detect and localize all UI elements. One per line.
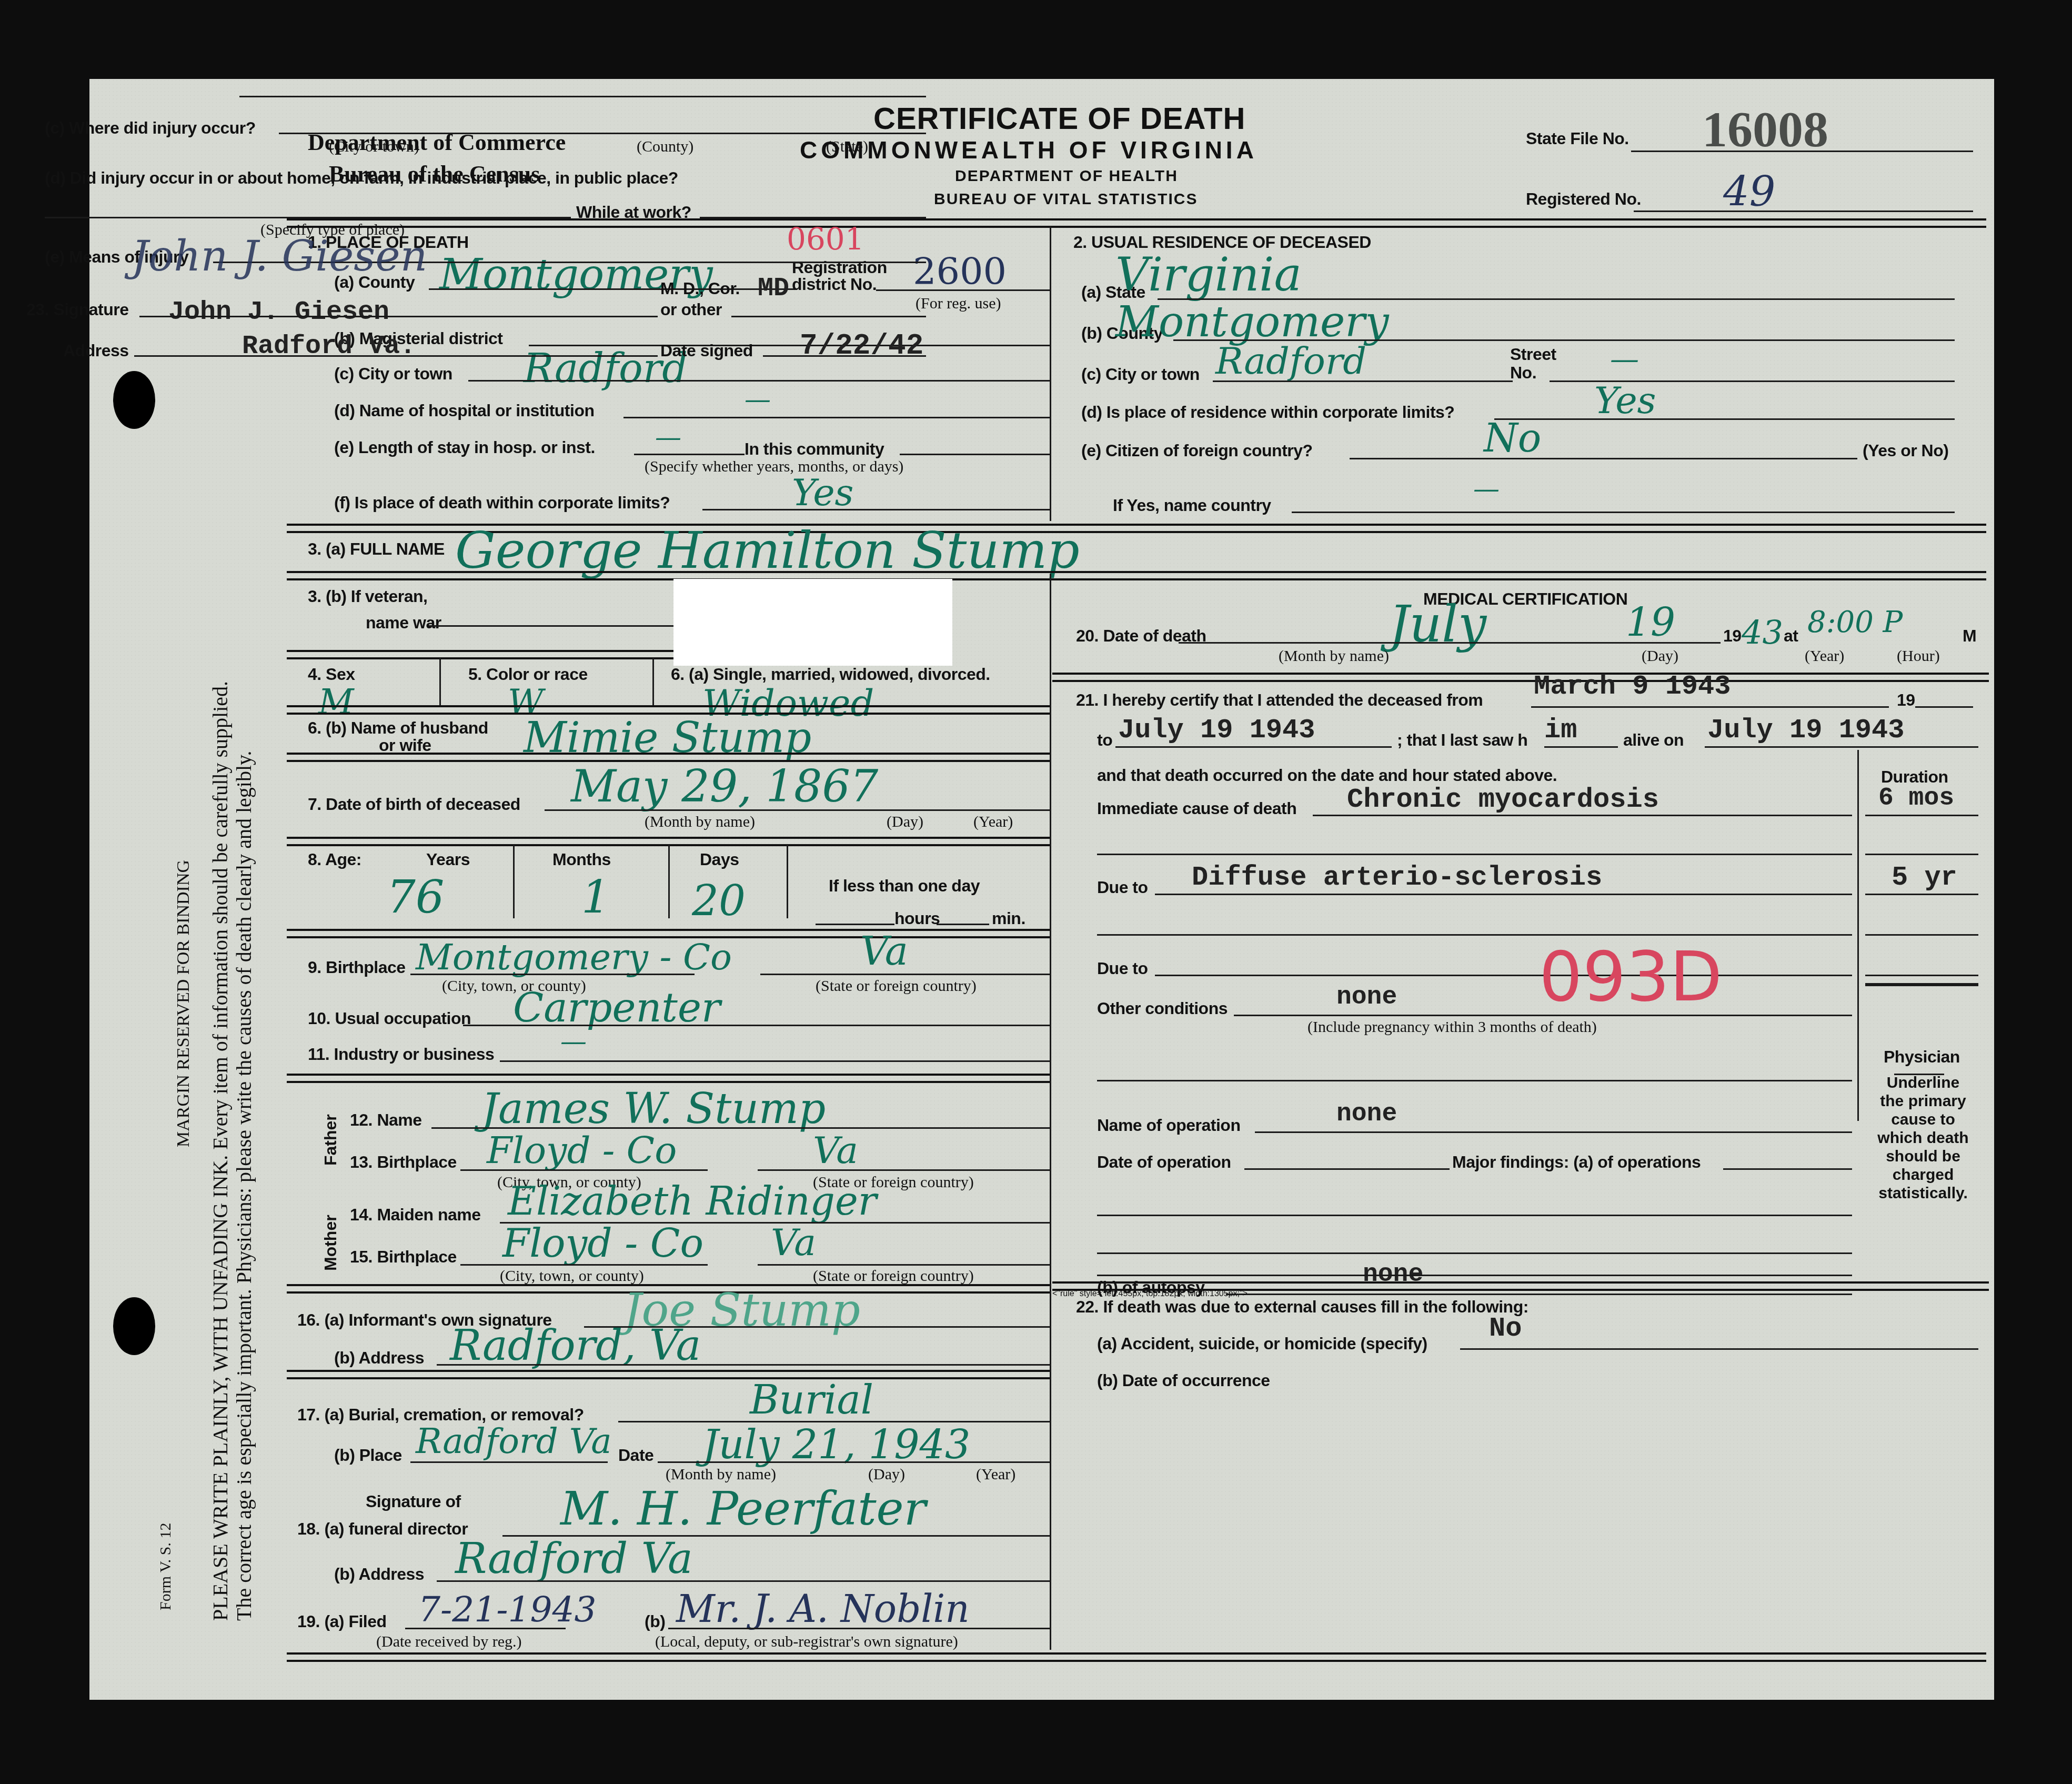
burial-method-value[interactable]: Burial: [750, 1376, 873, 1423]
due-to-1-value[interactable]: Diffuse arterio-sclerosis: [1192, 862, 1602, 893]
due-to-label-1: Due to: [1097, 878, 1148, 897]
country-label: If Yes, name country: [1113, 496, 1271, 515]
external-heading: 22. If death was due to external causes …: [1076, 1297, 1528, 1317]
burial-date-label: Date: [618, 1446, 653, 1465]
cause-code-stamp: 093D: [1539, 937, 1722, 1017]
where-label: (c) Where did injury occur?: [45, 118, 256, 138]
operation-value[interactable]: none: [1336, 1100, 1397, 1128]
due-to-1-duration[interactable]: 5 yr: [1892, 862, 1957, 893]
funeral-director-label: 18. (a) funeral director: [297, 1519, 468, 1539]
instructions-line-2: The correct age is especially important.…: [232, 751, 256, 1621]
funeral-sig-label: Signature of: [366, 1492, 461, 1511]
physician-note-line: which death: [1857, 1129, 1989, 1147]
physician-note-title: Physician: [1884, 1047, 1960, 1067]
punch-hole-bottom: [113, 1297, 155, 1355]
stay-value[interactable]: —: [655, 422, 681, 453]
or-other-label: or other: [660, 300, 722, 319]
min-label: min.: [992, 909, 1025, 928]
form-id: Form V. S. 12: [157, 1523, 175, 1610]
father-birthplace-label: 13. Birthplace: [350, 1152, 457, 1172]
sex-value[interactable]: M: [318, 681, 354, 722]
dob-value[interactable]: May 29, 1867: [571, 760, 878, 812]
nineteen-label: 19: [1897, 690, 1915, 710]
hospital-label: (d) Name of hospital or institution: [334, 401, 594, 420]
state-file-number: 16008: [1702, 100, 1828, 158]
medical-section: MEDICAL CERTIFICATION 20. Date of death …: [1052, 574, 1989, 1300]
father-side-label: Father: [321, 1114, 340, 1166]
stamp-0601: 0601: [787, 221, 864, 257]
age-days-value[interactable]: 20: [692, 876, 746, 925]
funeral-address-value[interactable]: Radford Va: [455, 1534, 693, 1583]
dob-day-note: (Day): [887, 813, 923, 831]
death-year-note: (Year): [1805, 647, 1844, 665]
findings-label: Major findings: (a) of operations: [1452, 1152, 1701, 1172]
physician-note-line: statistically.: [1857, 1184, 1989, 1202]
funeral-director-signature[interactable]: M. H. Peerfater: [560, 1481, 926, 1536]
at-label: at: [1784, 626, 1798, 646]
corporate-value[interactable]: Yes: [792, 471, 853, 514]
other-conditions-value[interactable]: none: [1336, 983, 1397, 1011]
burial-place-value[interactable]: Radford Va: [416, 1421, 612, 1461]
corporate-label: (f) Is place of death within corporate l…: [334, 493, 670, 513]
alive-on-value[interactable]: July 19 1943: [1707, 715, 1904, 746]
country-value[interactable]: —: [1473, 474, 1500, 504]
physician-address-label: Address: [63, 341, 129, 360]
where-county-note: (County): [637, 138, 693, 156]
dob-label: 7. Date of birth of deceased: [308, 795, 520, 814]
birthplace-city-value[interactable]: Montgomery - Co: [416, 937, 732, 978]
alive-on-label: alive on: [1623, 730, 1684, 750]
registrar-label: (b): [645, 1612, 665, 1631]
foreign-value[interactable]: No: [1484, 416, 1541, 461]
stay-label: (e) Length of stay in hosp. or inst.: [334, 438, 595, 457]
immediate-cause-value[interactable]: Chronic myocardosis: [1347, 784, 1659, 815]
due-to-label-2: Due to: [1097, 959, 1148, 978]
father-birthplace-state[interactable]: Va: [813, 1129, 858, 1172]
res-city-label: (c) City or town: [1081, 365, 1200, 384]
age-years-label: Years: [426, 850, 470, 869]
informant-address-label: (b) Address: [334, 1348, 424, 1368]
burial-date-value[interactable]: July 21, 1943: [702, 1421, 970, 1468]
burial-day-note: (Day): [868, 1466, 905, 1484]
father-name-label: 12. Name: [350, 1110, 422, 1130]
death-hour[interactable]: 8:00 P: [1807, 605, 1903, 639]
father-birthplace-city[interactable]: Floyd - Co: [487, 1129, 677, 1172]
physician-signature[interactable]: John J. Giesen: [132, 232, 427, 280]
occurrence-label: (b) Date of occurrence: [1097, 1371, 1270, 1390]
instructions-line-1: PLEASE WRITE PLAINLY, WITH UNFADING INK.…: [208, 681, 233, 1621]
mother-birthplace-city[interactable]: Floyd - Co: [502, 1221, 703, 1266]
informant-address-value[interactable]: Radford, Va: [450, 1321, 701, 1370]
to-label: to: [1097, 730, 1112, 750]
physician-address-value[interactable]: Radford Va.: [242, 332, 416, 362]
operation-label: Name of operation: [1097, 1116, 1240, 1135]
reg-use-note: (For reg. use): [916, 295, 1001, 313]
hospital-value[interactable]: —: [745, 384, 771, 415]
physician-note-line: Underline: [1857, 1074, 1989, 1092]
residence-section: 2. USUAL RESIDENCE OF DECEASED (a) State…: [1052, 226, 1989, 526]
mother-birthplace-label: 15. Birthplace: [350, 1247, 457, 1267]
state-file-label: State File No.: [1526, 129, 1629, 148]
dob-year-note: (Year): [973, 813, 1013, 831]
burial-place-label: (b) Place: [334, 1446, 402, 1465]
registrar-signature[interactable]: Mr. J. A. Noblin: [676, 1587, 970, 1631]
physician-note-line: the primary: [1857, 1092, 1989, 1110]
date-signed-value[interactable]: 7/22/42: [800, 329, 923, 363]
res-state-value[interactable]: Virginia: [1115, 247, 1302, 302]
res-corporate-label: (d) Is place of residence within corpora…: [1081, 403, 1454, 422]
mother-name-value[interactable]: Elizabeth Ridinger: [508, 1179, 877, 1224]
death-month-note: (Month by name): [1279, 647, 1389, 665]
veteran-label: 3. (b) If veteran,: [308, 587, 428, 606]
registered-label: Registered No.: [1526, 189, 1641, 209]
reg-district-label-2: district No.: [792, 275, 877, 294]
physician-note: Underline the primary cause to which dea…: [1857, 1074, 1989, 1202]
death-year[interactable]: 43: [1742, 613, 1783, 652]
signature-label: 23. Signature: [26, 300, 128, 319]
specify-note: (Specify whether years, months, or days): [645, 458, 903, 476]
age-months-value[interactable]: 1: [581, 871, 610, 924]
industry-value[interactable]: —: [560, 1026, 587, 1057]
burial-year-note: (Year): [976, 1466, 1015, 1484]
margin-reserved-note: MARGIN RESERVED FOR BINDING: [174, 860, 194, 1147]
foreign-label: (e) Citizen of foreign country?: [1081, 441, 1313, 460]
parents-section: Father 12. Name James W. Stump 13. Birth…: [287, 1079, 1050, 1289]
accident-label: (a) Accident, suicide, or homicide (spec…: [1097, 1334, 1427, 1354]
mother-city-note: (City, town, or county): [500, 1267, 644, 1285]
date-signed-label: Date signed: [660, 341, 753, 360]
last-saw-pronoun[interactable]: im: [1544, 715, 1577, 746]
age-label: 8. Age:: [308, 850, 361, 869]
funeral-address-label: (b) Address: [334, 1565, 424, 1584]
age-days-label: Days: [700, 850, 739, 869]
attended-to[interactable]: July 19 1943: [1118, 715, 1315, 746]
death-day-note: (Day): [1642, 647, 1678, 665]
op-date-label: Date of operation: [1097, 1152, 1231, 1172]
immediate-cause-label: Immediate cause of death: [1097, 799, 1296, 818]
death-hour-note: (Hour): [1897, 647, 1940, 665]
last-saw-label: ; that I last saw h: [1397, 730, 1527, 750]
other-conditions-label: Other conditions: [1097, 999, 1228, 1018]
physician-title-value[interactable]: MD: [758, 274, 789, 304]
physician-note-line: should be: [1857, 1147, 1989, 1166]
less-than-day-label: If less than one day: [829, 876, 980, 896]
where-city-note: (City or town): [329, 138, 419, 156]
accident-value[interactable]: No: [1489, 1313, 1522, 1344]
age-years-value[interactable]: 76: [387, 871, 444, 924]
other-conditions-note: (Include pregnancy within 3 months of de…: [1307, 1018, 1597, 1036]
city-label: (c) City or town: [334, 364, 452, 384]
full-name-label: 3. (a) FULL NAME: [308, 539, 445, 559]
md-cor-label: M. D., Cor.: [660, 279, 740, 298]
street-value[interactable]: —: [1610, 342, 1639, 376]
industry-row: 11. Industry or business —: [287, 1045, 1050, 1076]
filed-value[interactable]: 7-21-1943: [418, 1589, 597, 1630]
place-type-label: (d) Did injury occur in or about home, o…: [45, 168, 678, 188]
while-at-work-label: While at work?: [576, 203, 691, 222]
occurred-text: and that death occurred on the date and …: [1097, 766, 1557, 785]
reg-district-value[interactable]: 2600: [913, 250, 1007, 293]
birthplace-label: 9. Birthplace: [308, 958, 406, 977]
filed-label: 19. (a) Filed: [297, 1612, 387, 1631]
header: Department of Commerce Bureau of the Cen…: [287, 105, 1991, 226]
res-city-value[interactable]: Radford: [1215, 339, 1366, 383]
physician-note-line: cause to: [1857, 1110, 1989, 1129]
hours-label: hours: [894, 909, 940, 928]
physician-typed-name: John J. Giesen: [168, 297, 389, 327]
father-name-value[interactable]: James W. Stump: [481, 1084, 826, 1133]
res-corporate-value[interactable]: Yes: [1594, 379, 1656, 422]
where-state-note: (State): [826, 138, 868, 156]
death-day[interactable]: 19: [1626, 600, 1675, 645]
occupation-value[interactable]: Carpenter: [513, 984, 720, 1031]
death-year-prefix: 19: [1723, 626, 1742, 646]
filed-note: (Date received by reg.): [376, 1633, 522, 1651]
yes-no-note: (Yes or No): [1863, 441, 1948, 460]
immediate-duration[interactable]: 6 mos: [1878, 784, 1954, 813]
street-label: Street: [1510, 345, 1556, 364]
redaction-box: [673, 579, 952, 666]
m-label: M: [1963, 626, 1976, 646]
dob-month-note: (Month by name): [645, 813, 755, 831]
death-month[interactable]: July: [1389, 595, 1486, 654]
birthplace-state-value[interactable]: Va: [860, 929, 908, 974]
personal-section: 3. (a) FULL NAME George Hamilton Stump 3…: [287, 529, 1050, 1055]
occupation-label: 10. Usual occupation: [308, 1009, 471, 1028]
commonwealth-title: COMMONWEALTH OF VIRGINIA: [800, 136, 1258, 164]
birthplace-state-note: (State or foreign country): [816, 977, 977, 995]
certificate-title: CERTIFICATE OF DEATH: [873, 101, 1245, 136]
industry-label: 11. Industry or business: [308, 1045, 494, 1064]
community-label: In this community: [745, 439, 884, 459]
mother-side-label: Mother: [321, 1215, 340, 1271]
mother-birthplace-state[interactable]: Va: [771, 1221, 816, 1264]
mother-name-label: 14. Maiden name: [350, 1205, 481, 1225]
attended-label: 21. I hereby certify that I attended the…: [1076, 690, 1483, 710]
external-causes-section: 22. If death was due to external causes …: [1052, 1289, 1989, 1658]
physician-note-line: charged: [1857, 1166, 1989, 1184]
street-no-label: No.: [1510, 363, 1536, 383]
mother-state-note: (State or foreign country): [813, 1267, 974, 1285]
registrar-note: (Local, deputy, or sub-registrar's own s…: [655, 1633, 958, 1651]
burial-month-note: (Month by name): [666, 1466, 776, 1484]
punch-hole-top: [113, 371, 155, 429]
informant-section: 16. (a) Informant's own signature Joe St…: [287, 1292, 1050, 1660]
veteran-war-label: name war: [366, 613, 441, 633]
bureau-vital: BUREAU OF VITAL STATISTICS: [934, 191, 1198, 208]
attended-from[interactable]: March 9 1943: [1534, 671, 1731, 702]
registered-number: 49: [1723, 168, 1775, 216]
dept-health: DEPARTMENT OF HEALTH: [955, 167, 1178, 185]
age-months-label: Months: [552, 850, 611, 869]
spouse-label: 6. (b) Name of husband: [308, 718, 488, 738]
